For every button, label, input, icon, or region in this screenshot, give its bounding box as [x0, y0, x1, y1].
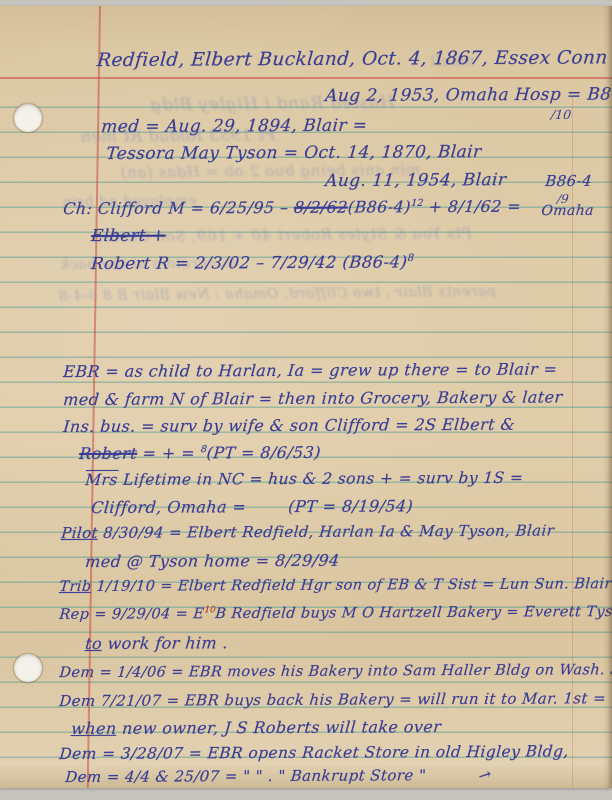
handwritten-line-spouse: Tessora May Tyson = Oct. 14, 1870, Blair: [105, 142, 482, 164]
pilot-rest: 8/30/94 = Elbert Redfield, Harlan Ia & M…: [97, 521, 555, 541]
red-header-rule: [0, 77, 612, 79]
underlined-word: when: [70, 719, 117, 738]
handwritten-line-work: to work for him .: [84, 633, 228, 653]
source-ref: B86-4: [545, 172, 593, 190]
handwritten-line-bio-6: Clifford, Omaha =(PT = 8/19/54): [90, 496, 413, 517]
handwritten-line-dem-2b: when new owner, J S Roberts will take ov…: [70, 717, 442, 738]
handwritten-line-name-birth: Redfield, Elbert Buckland, Oct. 4, 1867,…: [96, 47, 608, 71]
dem-4-text: Dem = 4/4 & 25/07 = " " . " Bankrupt Sto…: [65, 766, 427, 786]
child-clifford-dates: Ch: Clifford M = 6/25/95 –: [62, 198, 294, 218]
handwritten-line-child-robert: Robert R = 2/3/02 – 7/29/42 (B86-4)8: [90, 252, 414, 273]
handwritten-line-bio-8: med @ Tyson home = 8/29/94: [84, 551, 340, 571]
child-clifford-ref: (B86-4): [347, 197, 412, 216]
handwritten-line-bio-2: med & farm N of Blair = then into Grocer…: [62, 387, 563, 409]
crossed-out-date: 8/2/62: [293, 198, 348, 217]
rep-rest: B Redfield buys M O Hartzell Bakery = Ev…: [215, 604, 612, 622]
trib-rest: 1/19/10 = Elbert Redfield Hgr son of EB …: [91, 576, 612, 595]
superscript-ref: 12: [411, 198, 424, 209]
pen-arrow-mark: →: [476, 764, 493, 785]
handwritten-line-dem-1: Dem = 1/4/06 = EBR moves his Bakery into…: [59, 662, 612, 681]
scanned-note-page: { "scan": { "paper_color": "#decba8", "r…: [0, 0, 612, 800]
paper-edge-shadow: [603, 6, 612, 788]
note-paper: muell Hasted Rand i Higley Bldg Pt 1953 …: [0, 6, 612, 788]
handwritten-line-dem-2: Dem 7/21/07 = EBR buys back his Bakery =…: [59, 689, 607, 710]
handwritten-place-omaha: Omaha: [541, 203, 595, 219]
crossed-out-name: Robert: [78, 444, 137, 463]
red-superscript-ref: 10: [204, 605, 216, 615]
rep-prefix: Rep = 9/29/04 = E: [59, 606, 205, 623]
handwritten-line-pilot: Pilot 8/30/94 = Elbert Redfield, Harlan …: [61, 521, 555, 542]
handwritten-line-rep: Rep = 9/29/04 = E10B Redfield buys M O H…: [59, 603, 612, 623]
dem-2b-rest: new owner, J S Roberts will take over: [116, 717, 442, 738]
handwritten-line-bio-1: EBR = as child to Harlan, Ia = grew up t…: [62, 359, 558, 381]
bio-4-source-ref: (PT = 8/6/53): [206, 443, 322, 463]
handwritten-line-bio-5: Mrs Lifetime in NC = hus & 2 sons + = su…: [85, 469, 524, 489]
newspaper-name: Trib: [59, 579, 92, 595]
handwritten-line-trib: Trib 1/19/10 = Elbert Redfield Hgr son o…: [59, 576, 612, 595]
handwritten-line-child-clifford: Ch: Clifford M = 6/25/95 – 8/2/62(B86-4)…: [62, 197, 521, 218]
handwritten-line-bio-4: Robert = + = 8(PT = 8/6/53): [78, 443, 321, 463]
newspaper-name: Pilot: [61, 524, 99, 542]
crossed-out-word: to: [84, 634, 102, 653]
bio-5-rest: Lifetime in NC = hus & 2 sons + = surv b…: [117, 469, 524, 489]
punch-hole-top: [14, 104, 42, 132]
handwritten-line-spouse-death: Aug. 11, 1954, Blair: [324, 170, 507, 191]
handwritten-line-dem-4: Dem = 4/4 & 25/07 = " " . " Bankrupt Sto…: [65, 766, 492, 786]
source-ref-fraction: /10: [550, 107, 572, 122]
superscript-ref: 8: [407, 253, 414, 264]
handwritten-line-marriage: med = Aug. 29, 1894, Blair =: [100, 116, 368, 137]
work-rest: work for him .: [101, 633, 229, 653]
bio-6-source-ref: (PT = 8/19/54): [288, 496, 414, 516]
handwritten-line-child-elbert-crossed: Elbert +: [90, 226, 166, 245]
child-clifford-date2: + 8/1/62 =: [422, 197, 522, 217]
punch-hole-bottom: [14, 654, 42, 682]
handwritten-line-death: Aug 2, 1953, Omaha Hosp = B86-4: [324, 84, 612, 106]
red-margin-line-right: [572, 96, 573, 788]
handwritten-line-bio-3: Ins. bus. = surv by wife & son Clifford …: [62, 415, 515, 436]
child-robert-dates: Robert R = 2/3/02 – 7/29/42 (B86-4): [90, 252, 408, 273]
handwritten-line-dem-3: Dem = 3/28/07 = EBR opens Racket Store i…: [59, 742, 570, 763]
bio-4-mid: = + =: [136, 443, 201, 462]
overlined-word: Mrs: [85, 471, 119, 489]
bio-6-left: Clifford, Omaha =: [90, 497, 247, 517]
